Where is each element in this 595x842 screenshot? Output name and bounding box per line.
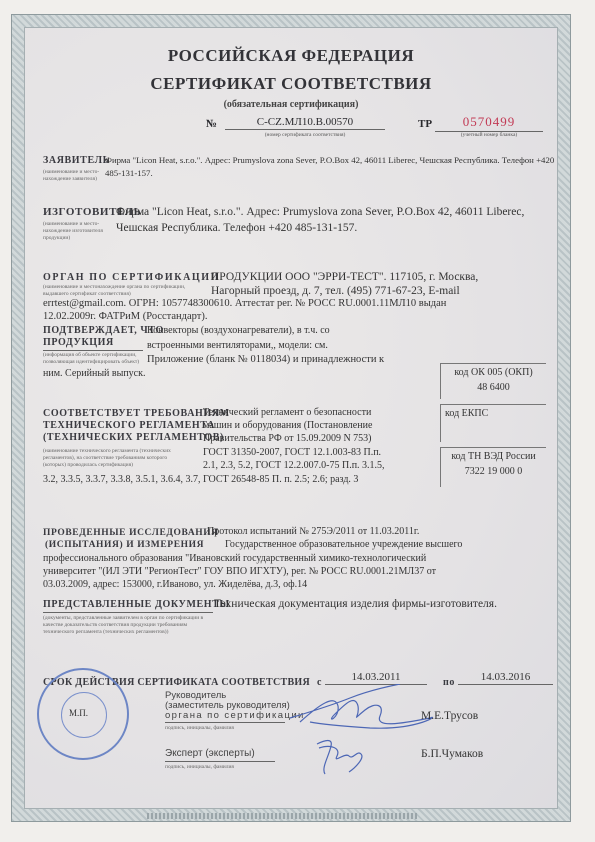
manufacturer-caption: (наименование и место-нахождение изготов… [43, 221, 109, 242]
expert-signature [311, 734, 371, 778]
certificate-page: РОССИЙСКАЯ ФЕДЕРАЦИЯ СЕРТИФИКАТ СООТВЕТС… [24, 27, 558, 809]
expert-signature-line [165, 761, 275, 762]
stamp-place-label: М.П. [69, 708, 88, 718]
regulations-label-line3: (ТЕХНИЧЕСКИХ РЕГЛАМЕНТОВ) [43, 432, 224, 443]
number-label: № [206, 118, 217, 130]
product-label-line1: ПОДТВЕРЖДАЕТ, ЧТО [43, 325, 164, 336]
head-signature [280, 684, 440, 736]
product-line4: ним. Серийный выпуск. [43, 368, 145, 381]
certification-body-line2: Нагорный проезд, д. 7, тел. (495) 771-67… [211, 284, 460, 298]
certificate-subtitle: (обязательная сертификация) [25, 99, 557, 110]
expert-title: Эксперт (эксперты) [165, 748, 255, 761]
product-line2: встроенными вентиляторами,, модели: см. [147, 340, 328, 353]
certificate-title: СЕРТИФИКАТ СООТВЕТСТВИЯ [25, 74, 557, 94]
certificate-number: C-CZ.МЛ10.В.00570 [225, 116, 385, 130]
regulations-line1: Технический регламент о безопасности [203, 407, 371, 420]
validity-to-date: 14.03.2016 [458, 671, 553, 685]
expert-signature-caption: подпись, инициалы, фамилия [165, 764, 234, 771]
form-number: 0570499 [435, 114, 543, 132]
microtext-strip [147, 813, 417, 819]
regulations-label-line2: ТЕХНИЧЕСКОГО РЕГЛАМЕНТА [43, 420, 215, 431]
tnved-code-label: код ТН ВЭД России [445, 451, 542, 462]
certificate-border: РОССИЙСКАЯ ФЕДЕРАЦИЯ СЕРТИФИКАТ СООТВЕТС… [11, 14, 571, 822]
manufacturer-text: Фирма "Licon Heat, s.r.o.". Адрес: Prumy… [116, 204, 556, 236]
head-name: М.Е.Трусов [421, 709, 478, 723]
tests-line2: Государственное образовательное учрежден… [225, 539, 462, 552]
certification-body-line4: 12.02.2009г. ФАТРиМ (Росстандарт). [43, 311, 207, 324]
applicant-caption: (наименование и место-нахождение заявите… [43, 169, 101, 183]
tests-line1: Протокол испытаний № 275Э/2011 от 11.03.… [207, 526, 419, 539]
regulations-caption: (наименование технического регламента (т… [43, 448, 188, 469]
okp-code-value: 48 6400 [445, 382, 542, 393]
tnved-code-value: 7322 19 000 0 [445, 466, 542, 477]
expert-name: Б.П.Чумаков [421, 747, 483, 761]
regulations-line6: 3.2, 3.3.5, 3.3.7, 3.3.8, 3.5.1, 3.6.4, … [43, 474, 358, 487]
tnved-code-box: код ТН ВЭД России 7322 19 000 0 [440, 447, 546, 487]
certification-body-line3: errtest@gmail.com. ОГРН: 1057748300610. … [43, 298, 446, 311]
tests-label-line2: (ИСПЫТАНИЯ) И ИЗМЕРЕНИЯ [45, 540, 204, 550]
form-number-caption: (учетный номер бланка) [435, 132, 543, 138]
seal-stamp: М.П. [37, 668, 129, 760]
regulations-line3: Правительства РФ от 15.09.2009 N 753) [203, 433, 372, 446]
product-caption: (информация об объекте сертификации, поз… [43, 352, 147, 366]
product-label-line2: ПРОДУКЦИЯ [43, 337, 114, 348]
tests-line4: университет "(ИЛ ЭТИ "РегионТест" ГОУ ВП… [43, 566, 436, 579]
regulations-line5: 2.1, 2.3, 5.2, ГОСТ 12.2.007.0-75 П.п. 3… [203, 460, 385, 473]
ekps-code-label: код ЕКПС [445, 408, 542, 419]
product-line1: Конвекторы (воздухонагреватели), в т.ч. … [147, 325, 330, 338]
product-label-underline [43, 350, 143, 351]
regulations-line2: машин и оборудования (Постановление [203, 420, 372, 433]
documents-text: Техническая документация изделия фирмы-и… [214, 597, 497, 611]
product-line3: Приложение (бланк № 0118034) и принадлеж… [147, 354, 384, 367]
documents-label-underline [43, 612, 213, 613]
tr-label: ТР [418, 118, 432, 130]
applicant-text: Фирма "Licon Heat, s.r.o.". Адрес: Prumy… [105, 154, 565, 180]
okp-code-box: код ОК 005 (ОКП) 48 6400 [440, 363, 546, 399]
okp-code-label: код ОК 005 (ОКП) [445, 367, 542, 378]
tests-line3: профессионального образования "Ивановски… [43, 553, 426, 566]
ekps-code-box: код ЕКПС [440, 404, 546, 442]
applicant-label: ЗАЯВИТЕЛЬ [43, 155, 110, 166]
certification-body-caption: (наименование и местонахождение органа п… [43, 284, 203, 298]
validity-to-label: по [443, 677, 455, 688]
certification-body-line1: ПРОДУКЦИИ ООО "ЭРРИ-ТЕСТ". 117105, г. Мо… [211, 270, 478, 284]
regulations-line4: ГОСТ 31350-2007, ГОСТ 12.1.003-83 П.п. [203, 447, 381, 460]
certificate-number-caption: (номер сертификата соответствия) [225, 132, 385, 138]
head-signature-caption: подпись, инициалы, фамилия [165, 725, 234, 732]
tests-line5: 03.03.2009, адрес: 153000, г.Иваново, ул… [43, 579, 307, 592]
country-heading: РОССИЙСКАЯ ФЕДЕРАЦИЯ [25, 46, 557, 66]
validity-from-date: 14.03.2011 [325, 671, 427, 685]
documents-label: ПРЕДСТАВЛЕННЫЕ ДОКУМЕНТЫ [43, 599, 230, 610]
documents-caption: (документы, представленные заявителем в … [43, 615, 208, 636]
tests-label-line1: ПРОВЕДЕННЫЕ ИССЛЕДОВАНИЯ [43, 528, 219, 538]
regulations-label-line1: СООТВЕТСТВУЕТ ТРЕБОВАНИЯМ [43, 408, 230, 419]
certification-body-label: ОРГАН ПО СЕРТИФИКАЦИИ [43, 272, 220, 283]
head-signature-line [165, 722, 285, 723]
